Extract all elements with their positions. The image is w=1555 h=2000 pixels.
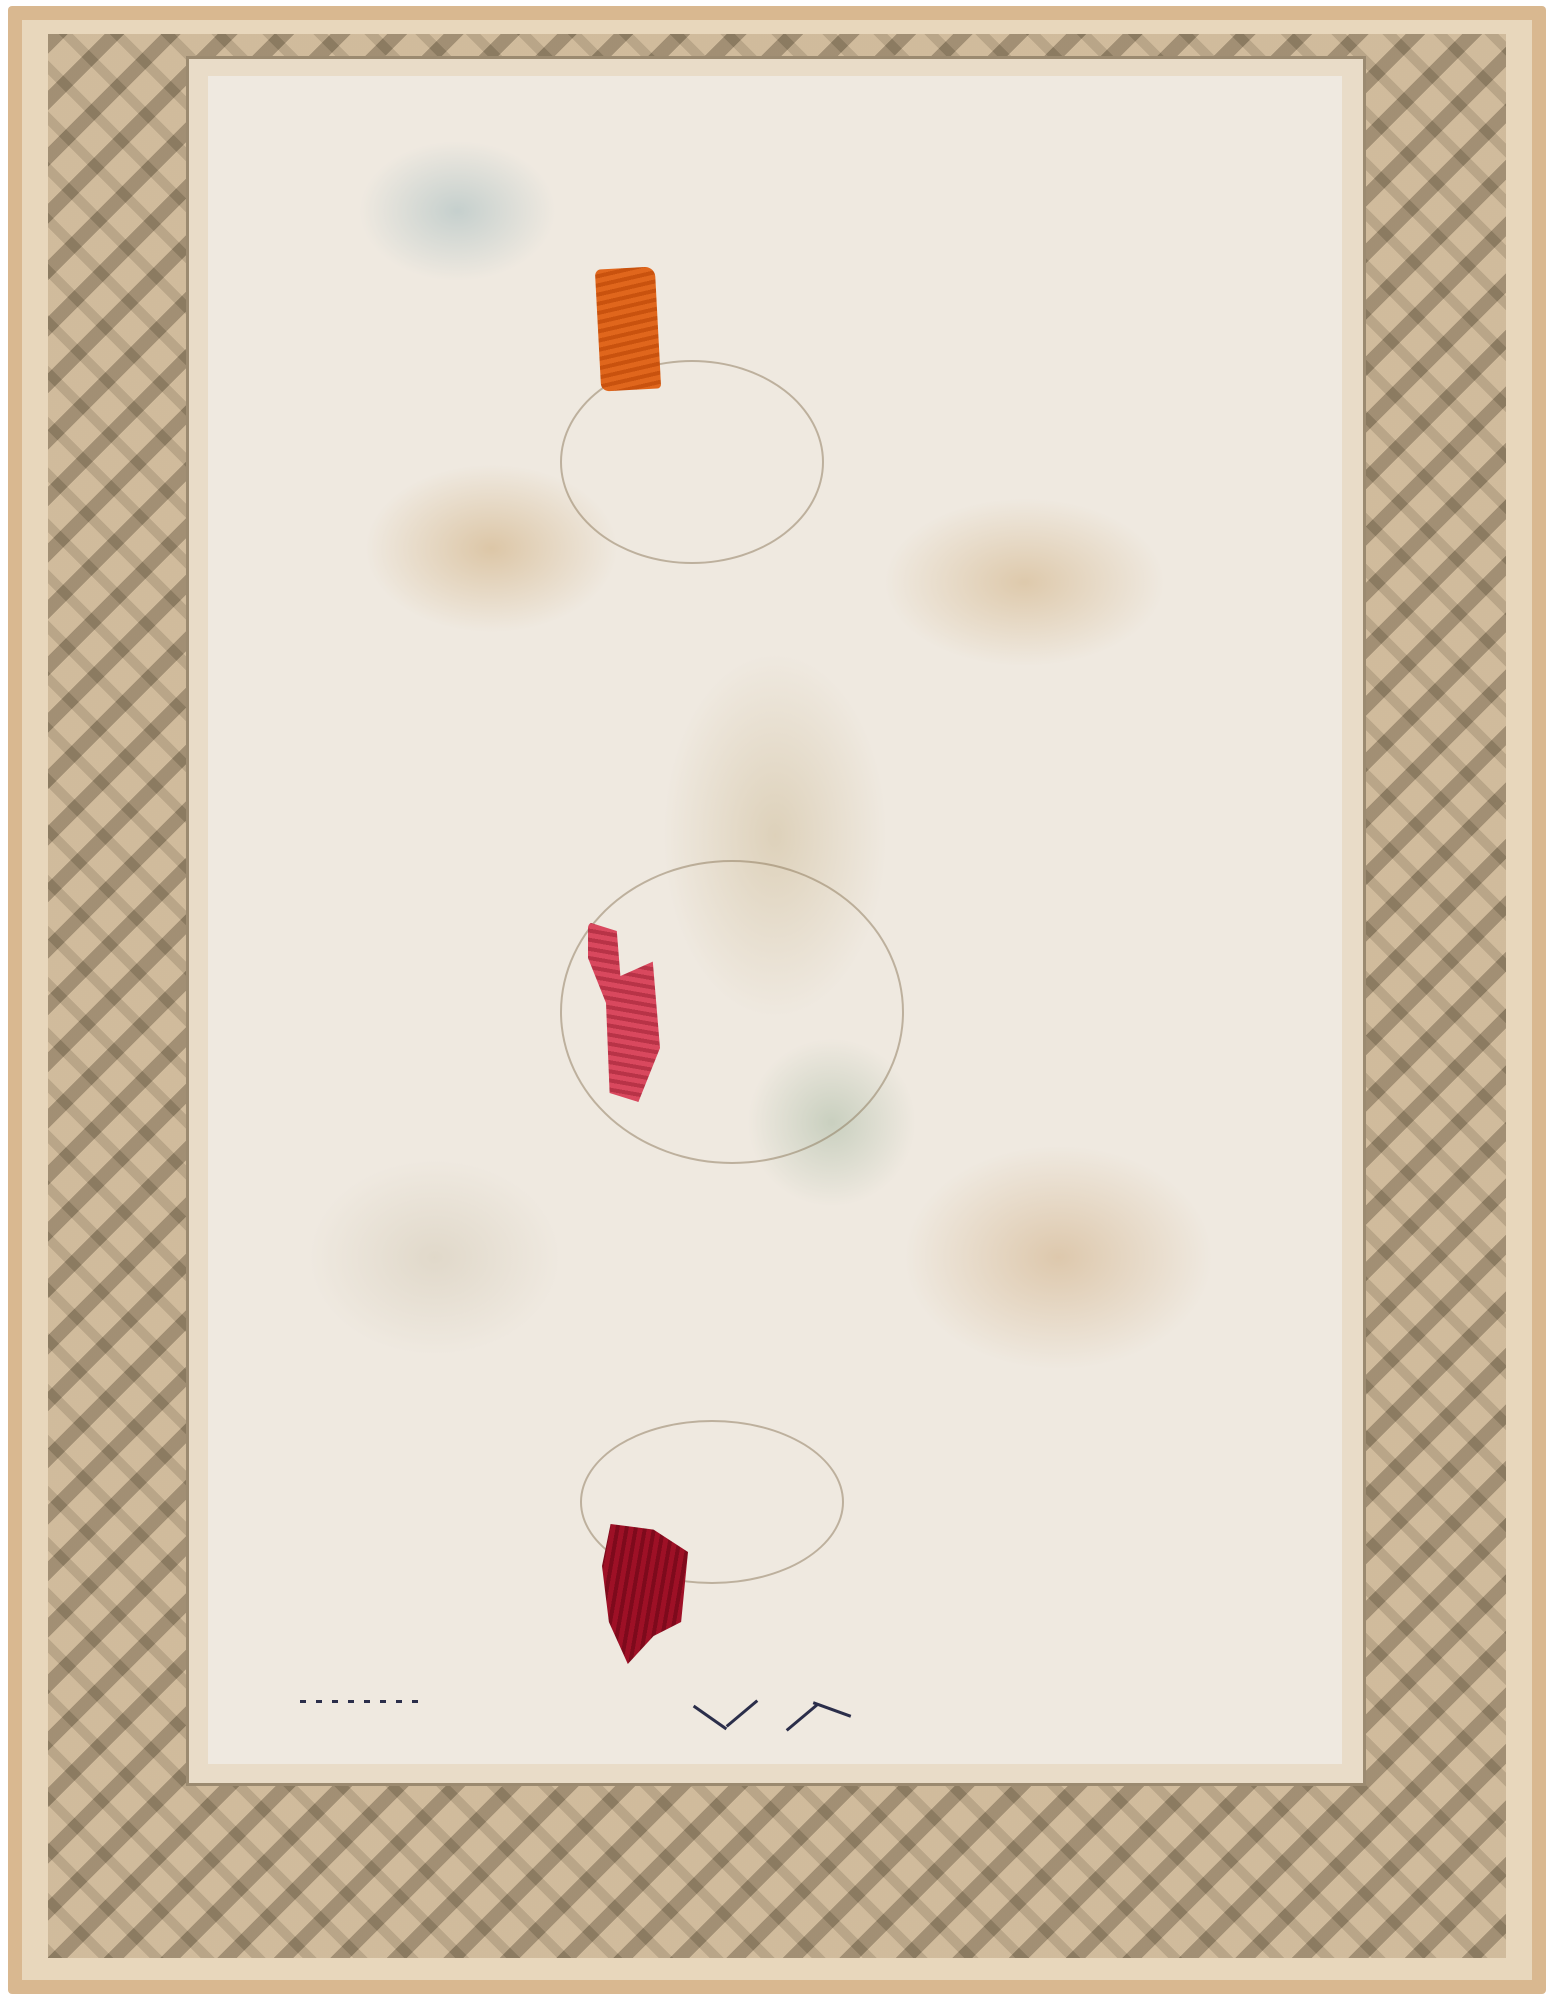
orange-yarn-patch: [595, 267, 661, 392]
faded-medallion-top: [560, 360, 824, 564]
ink-dots: [300, 1700, 420, 1703]
